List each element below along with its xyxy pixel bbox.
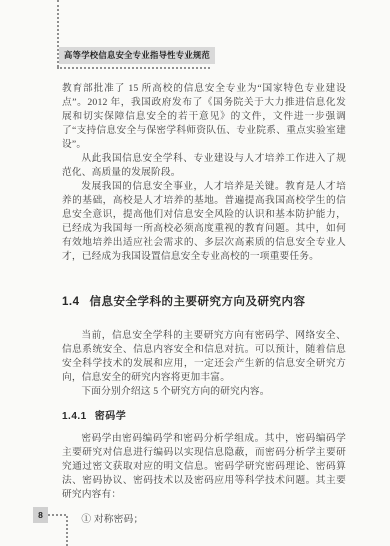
body-paragraph: 从此我国信息安全学科、专业建设与人才培养工作进入了规范化、高质量的发展阶段。 xyxy=(62,152,346,180)
body-paragraph: 密码学由密码编码学和密码分析学组成。其中，密码编码学主要研究对信息进行编码以实现… xyxy=(62,432,346,502)
page-content: 教育部批准了 15 所高校的信息安全专业为“国家特色专业建设点”。2012 年，… xyxy=(62,82,346,527)
running-header: 高等学校信息安全专业指导性专业规范 xyxy=(59,47,215,64)
body-paragraph: 教育部批准了 15 所高校的信息安全专业为“国家特色专业建设点”。2012 年，… xyxy=(62,82,346,152)
body-paragraph: 当前，信息安全学科的主要研究方向有密码学、网络安全、信息系统安全、信息内容安全和… xyxy=(62,329,346,385)
page-number: 8 xyxy=(33,507,48,523)
subsection-title: 密码学 xyxy=(95,411,127,422)
dotted-guide-bottom-horizontal xyxy=(48,514,66,516)
dotted-header-underline xyxy=(57,67,210,69)
body-paragraph: 发展我国的信息安全事业，人才培养是关键。教育是人才培养的基础，高校是人才培养的基… xyxy=(62,180,346,264)
section-number: 1.4 xyxy=(62,296,80,308)
document-page: 高等学校信息安全专业指导性专业规范 教育部批准了 15 所高校的信息安全专业为“… xyxy=(0,0,390,546)
list-item: ① 对称密码； xyxy=(62,513,346,527)
body-paragraph: 下面分别介绍这 5 个研究方向的研究内容。 xyxy=(62,385,346,399)
dotted-guide-bottom-vertical xyxy=(66,516,68,546)
section-title: 信息安全学科的主要研究方向及研究内容 xyxy=(90,296,306,308)
running-header-text: 高等学校信息安全专业指导性专业规范 xyxy=(64,50,210,60)
subsection-heading: 1.4.1密码学 xyxy=(62,410,346,424)
section-heading: 1.4信息安全学科的主要研究方向及研究内容 xyxy=(62,294,346,310)
subsection-number: 1.4.1 xyxy=(62,411,87,422)
